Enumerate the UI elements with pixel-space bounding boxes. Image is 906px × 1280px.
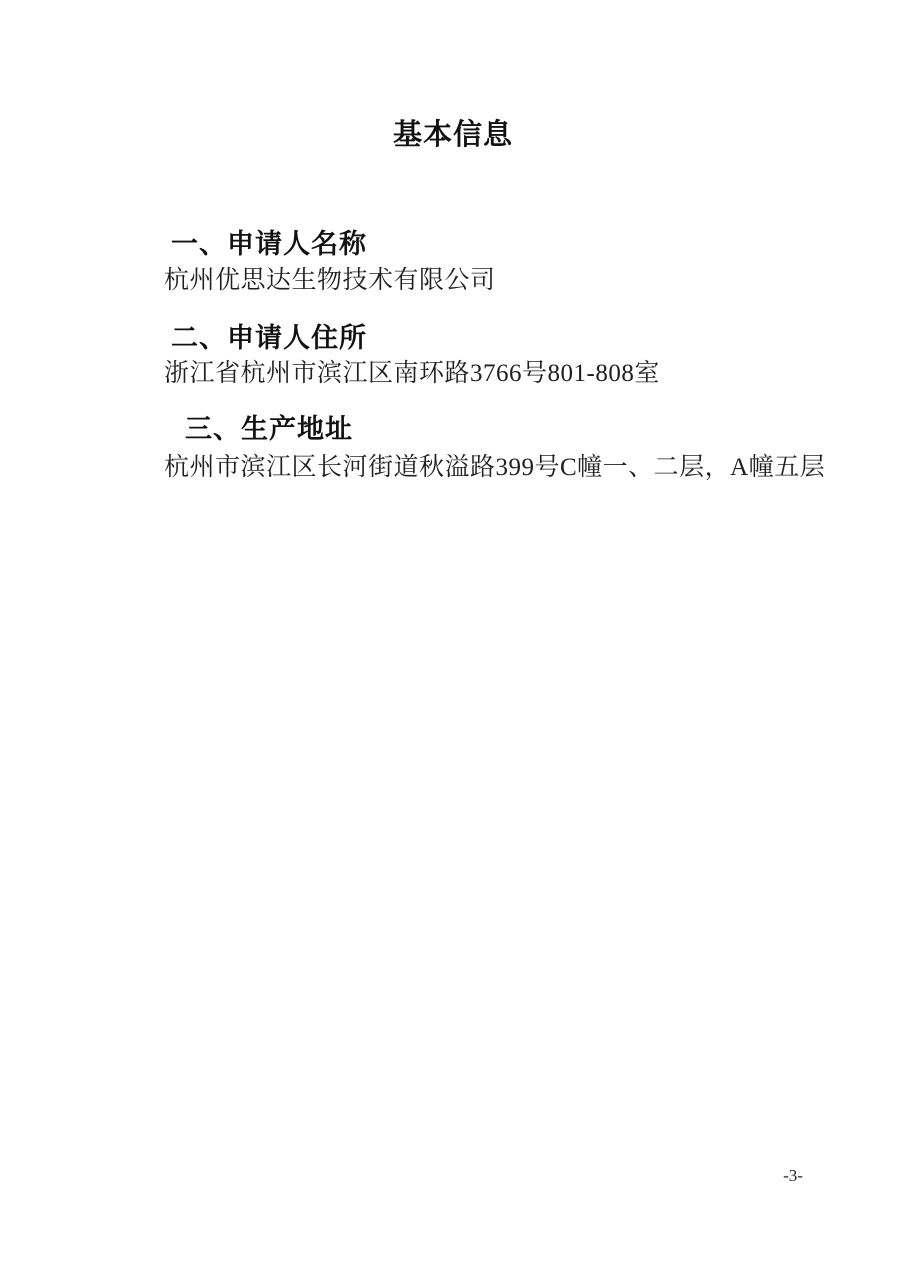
section-body-applicant-name: 杭州优思达生物技术有限公司 xyxy=(164,266,496,296)
page-number: -3- xyxy=(769,1166,817,1186)
section-heading-applicant-name: 一、申请人名称 xyxy=(171,229,367,259)
section-heading-production-address: 三、生产地址 xyxy=(185,414,353,444)
section-body-production-address: 杭州市滨江区长河街道秋溢路399号C幢一、二层，A幢五层 xyxy=(164,453,825,483)
section-body-applicant-address: 浙江省杭州市滨江区南环路3766号801-808室 xyxy=(164,359,660,389)
section-heading-applicant-address: 二、申请人住所 xyxy=(171,323,367,353)
document-page: 基本信息 一、申请人名称 杭州优思达生物技术有限公司 二、申请人住所 浙江省杭州… xyxy=(0,0,906,1280)
page-title: 基本信息 xyxy=(0,116,906,154)
